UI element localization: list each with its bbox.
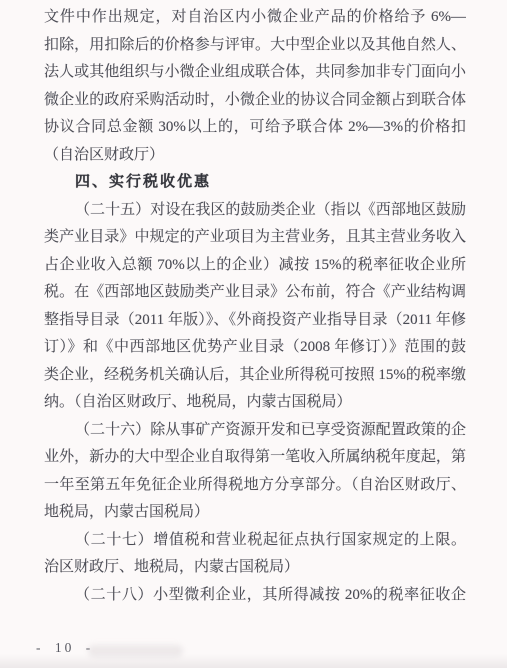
text-line: 一年至第五年免征企业所得税地方分享部分。（自治区财政厅、 <box>44 472 466 500</box>
text-line: 税。在《西部地区鼓励类产业目录》公布前，符合《产业结构调 <box>44 279 466 307</box>
text-line: 地税局，内蒙古国税局） <box>44 499 466 527</box>
text-line: 文件中作出规定，对自治区内小微企业产品的价格给予 6%—10%的 <box>44 4 466 32</box>
text-line: 类产业目录》中规定的产业项目为主营业务，且其主营业务收入 <box>44 224 466 252</box>
text-line: 治区财政厅、地税局，内蒙古国税局） <box>44 554 466 582</box>
text-line: 业外，新办的大中型企业自取得第一笔收入所属纳税年度起，第 <box>44 444 466 472</box>
scan-smudge-artifact <box>88 645 183 657</box>
scanned-document-page: 文件中作出规定，对自治区内小微企业产品的价格给予 6%—10%的扣除，用扣除后的… <box>0 0 507 668</box>
text-line: （二十八）小型微利企业，其所得减按 20%的税率征收企业 <box>44 582 466 610</box>
section-heading: 四、实行税收优惠 <box>44 169 466 197</box>
text-line: 类企业，经税务机关确认后，其企业所得税可按照 15%的税率缴 <box>44 362 466 390</box>
text-line: 纳。（自治区财政厅、地税局，内蒙古国税局） <box>44 389 466 417</box>
text-line: 整指导目录（2011 年版）》、《外商投资产业指导目录（2011 年修 <box>44 307 466 335</box>
text-line: 微企业的政府采购活动时，小微企业的协议合同金额占到联合体 <box>44 87 466 115</box>
text-line: 法人或其他组织与小微企业组成联合体，共同参加非专门面向小 <box>44 59 466 87</box>
text-line: （二十七）增值税和营业税起征点执行国家规定的上限。（自 <box>44 527 466 555</box>
text-line: （二十五）对设在我区的鼓励类企业（指以《西部地区鼓励 <box>44 197 466 225</box>
text-line: （自治区财政厅） <box>44 142 466 170</box>
text-line: 订）》和《中西部地区优势产业目录（2008 年修订）》范围的鼓励 <box>44 334 466 362</box>
text-line: （二十六）除从事矿产资源开发和已享受资源配置政策的企 <box>44 417 466 445</box>
text-line: 协议合同总金额 30%以上的，可给予联合体 2%—3%的价格扣除。 <box>44 114 466 142</box>
page-number: - 10 - <box>36 639 93 657</box>
text-line: 扣除，用扣除后的价格参与评审。大中型企业以及其他自然人、 <box>44 32 466 60</box>
document-lines: 文件中作出规定，对自治区内小微企业产品的价格给予 6%—10%的扣除，用扣除后的… <box>44 4 466 609</box>
text-line: 占企业收入总额 70%以上的企业）减按 15%的税率征收企业所得 <box>44 252 466 280</box>
